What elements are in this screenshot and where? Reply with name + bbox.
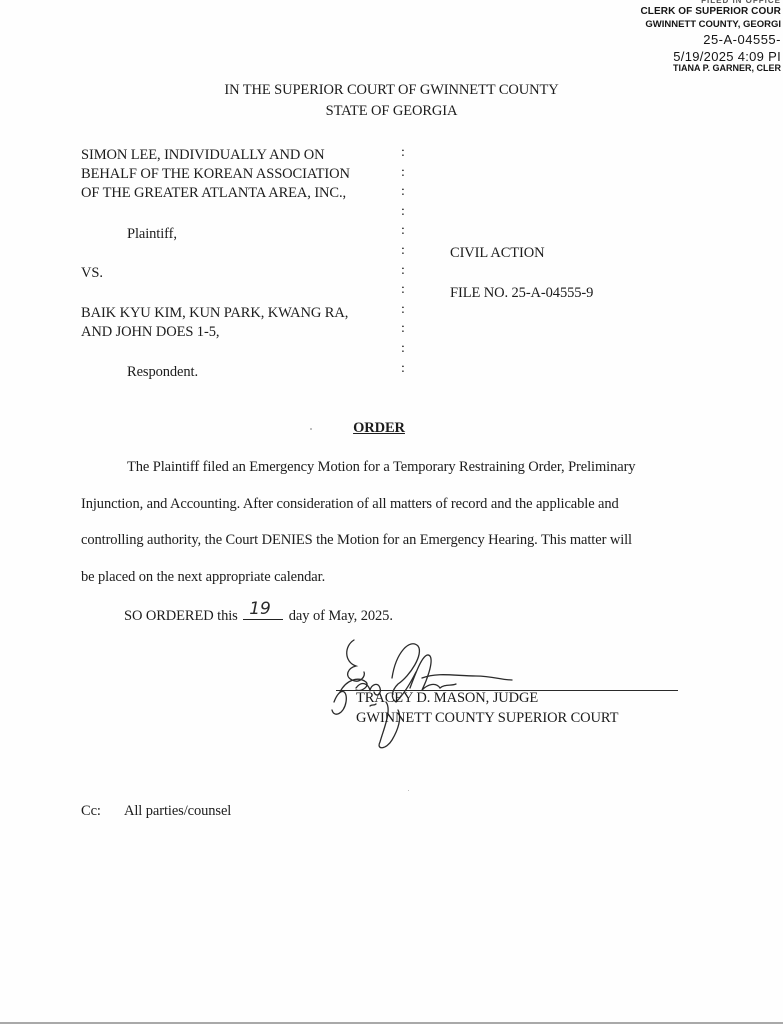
order-paragraph-line-1: The Plaintiff filed an Emergency Motion … xyxy=(127,459,635,476)
stamp-filed-datetime: 5/19/2025 4:09 PI xyxy=(640,50,781,63)
stamp-case-number: 25-A-04555- xyxy=(640,33,781,46)
order-paragraph-line-4: be placed on the next appropriate calend… xyxy=(81,569,325,586)
clerk-filing-stamp: FILED IN OFFICE CLERK OF SUPERIOR COUR G… xyxy=(640,0,781,73)
plaintiff-label: Plaintiff, xyxy=(127,226,177,243)
stamp-clerk-name: TIANA P. GARNER, CLER xyxy=(640,64,781,73)
caption-colon: : xyxy=(401,145,405,161)
stamp-filed-in-office: FILED IN OFFICE xyxy=(640,0,781,4)
respondent-line-2: AND JOHN DOES 1-5, xyxy=(81,324,219,341)
order-paragraph-line-3: controlling authority, the Court DENIES … xyxy=(81,532,632,549)
handwritten-day-blank: 19 xyxy=(243,605,283,620)
so-ordered-prefix: SO ORDERED this xyxy=(124,608,238,624)
caption-colon: : xyxy=(401,204,405,220)
caption-colon: : xyxy=(401,282,405,298)
order-title: ORDER xyxy=(0,420,758,437)
caption-colon: : xyxy=(401,361,405,377)
plaintiff-line-3: OF THE GREATER ATLANTA AREA, INC., xyxy=(81,185,346,202)
scan-speck xyxy=(408,790,409,791)
so-ordered-line: SO ORDERED this 19 day of May, 2025. xyxy=(124,605,393,625)
caption-colon: : xyxy=(401,223,405,239)
scan-speck xyxy=(310,428,312,430)
cc-label: Cc: xyxy=(81,803,101,820)
order-paragraph-line-2: Injunction, and Accounting. After consid… xyxy=(81,496,619,513)
stamp-clerk-title: CLERK OF SUPERIOR COUR xyxy=(640,7,781,17)
plaintiff-line-2: BEHALF OF THE KOREAN ASSOCIATION xyxy=(81,166,350,183)
court-header-line2: STATE OF GEORGIA xyxy=(0,103,783,120)
caption-colon: : xyxy=(401,341,405,357)
stamp-county: GWINNETT COUNTY, GEORGI xyxy=(640,20,781,30)
caption-colon: : xyxy=(401,263,405,279)
judge-name: TRACEY D. MASON, JUDGE xyxy=(356,690,538,707)
civil-action-label: CIVIL ACTION xyxy=(450,245,545,262)
caption-colon: : xyxy=(401,302,405,318)
caption-colon: : xyxy=(401,321,405,337)
handwritten-day: 19 xyxy=(249,599,270,619)
respondent-label: Respondent. xyxy=(127,364,198,381)
caption-colon: : xyxy=(401,165,405,181)
caption-colon: : xyxy=(401,184,405,200)
plaintiff-line-1: SIMON LEE, INDIVIDUALLY AND ON xyxy=(81,147,325,164)
judge-court: GWINNETT COUNTY SUPERIOR COURT xyxy=(356,710,618,727)
versus-label: VS. xyxy=(81,265,103,282)
court-header-line1: IN THE SUPERIOR COURT OF GWINNETT COUNTY xyxy=(0,82,783,99)
cc-recipients: All parties/counsel xyxy=(124,803,231,820)
respondent-line-1: BAIK KYU KIM, KUN PARK, KWANG RA, xyxy=(81,305,348,322)
file-number: FILE NO. 25-A-04555-9 xyxy=(450,285,593,302)
so-ordered-suffix: day of May, 2025. xyxy=(289,608,393,624)
caption-colon: : xyxy=(401,243,405,259)
